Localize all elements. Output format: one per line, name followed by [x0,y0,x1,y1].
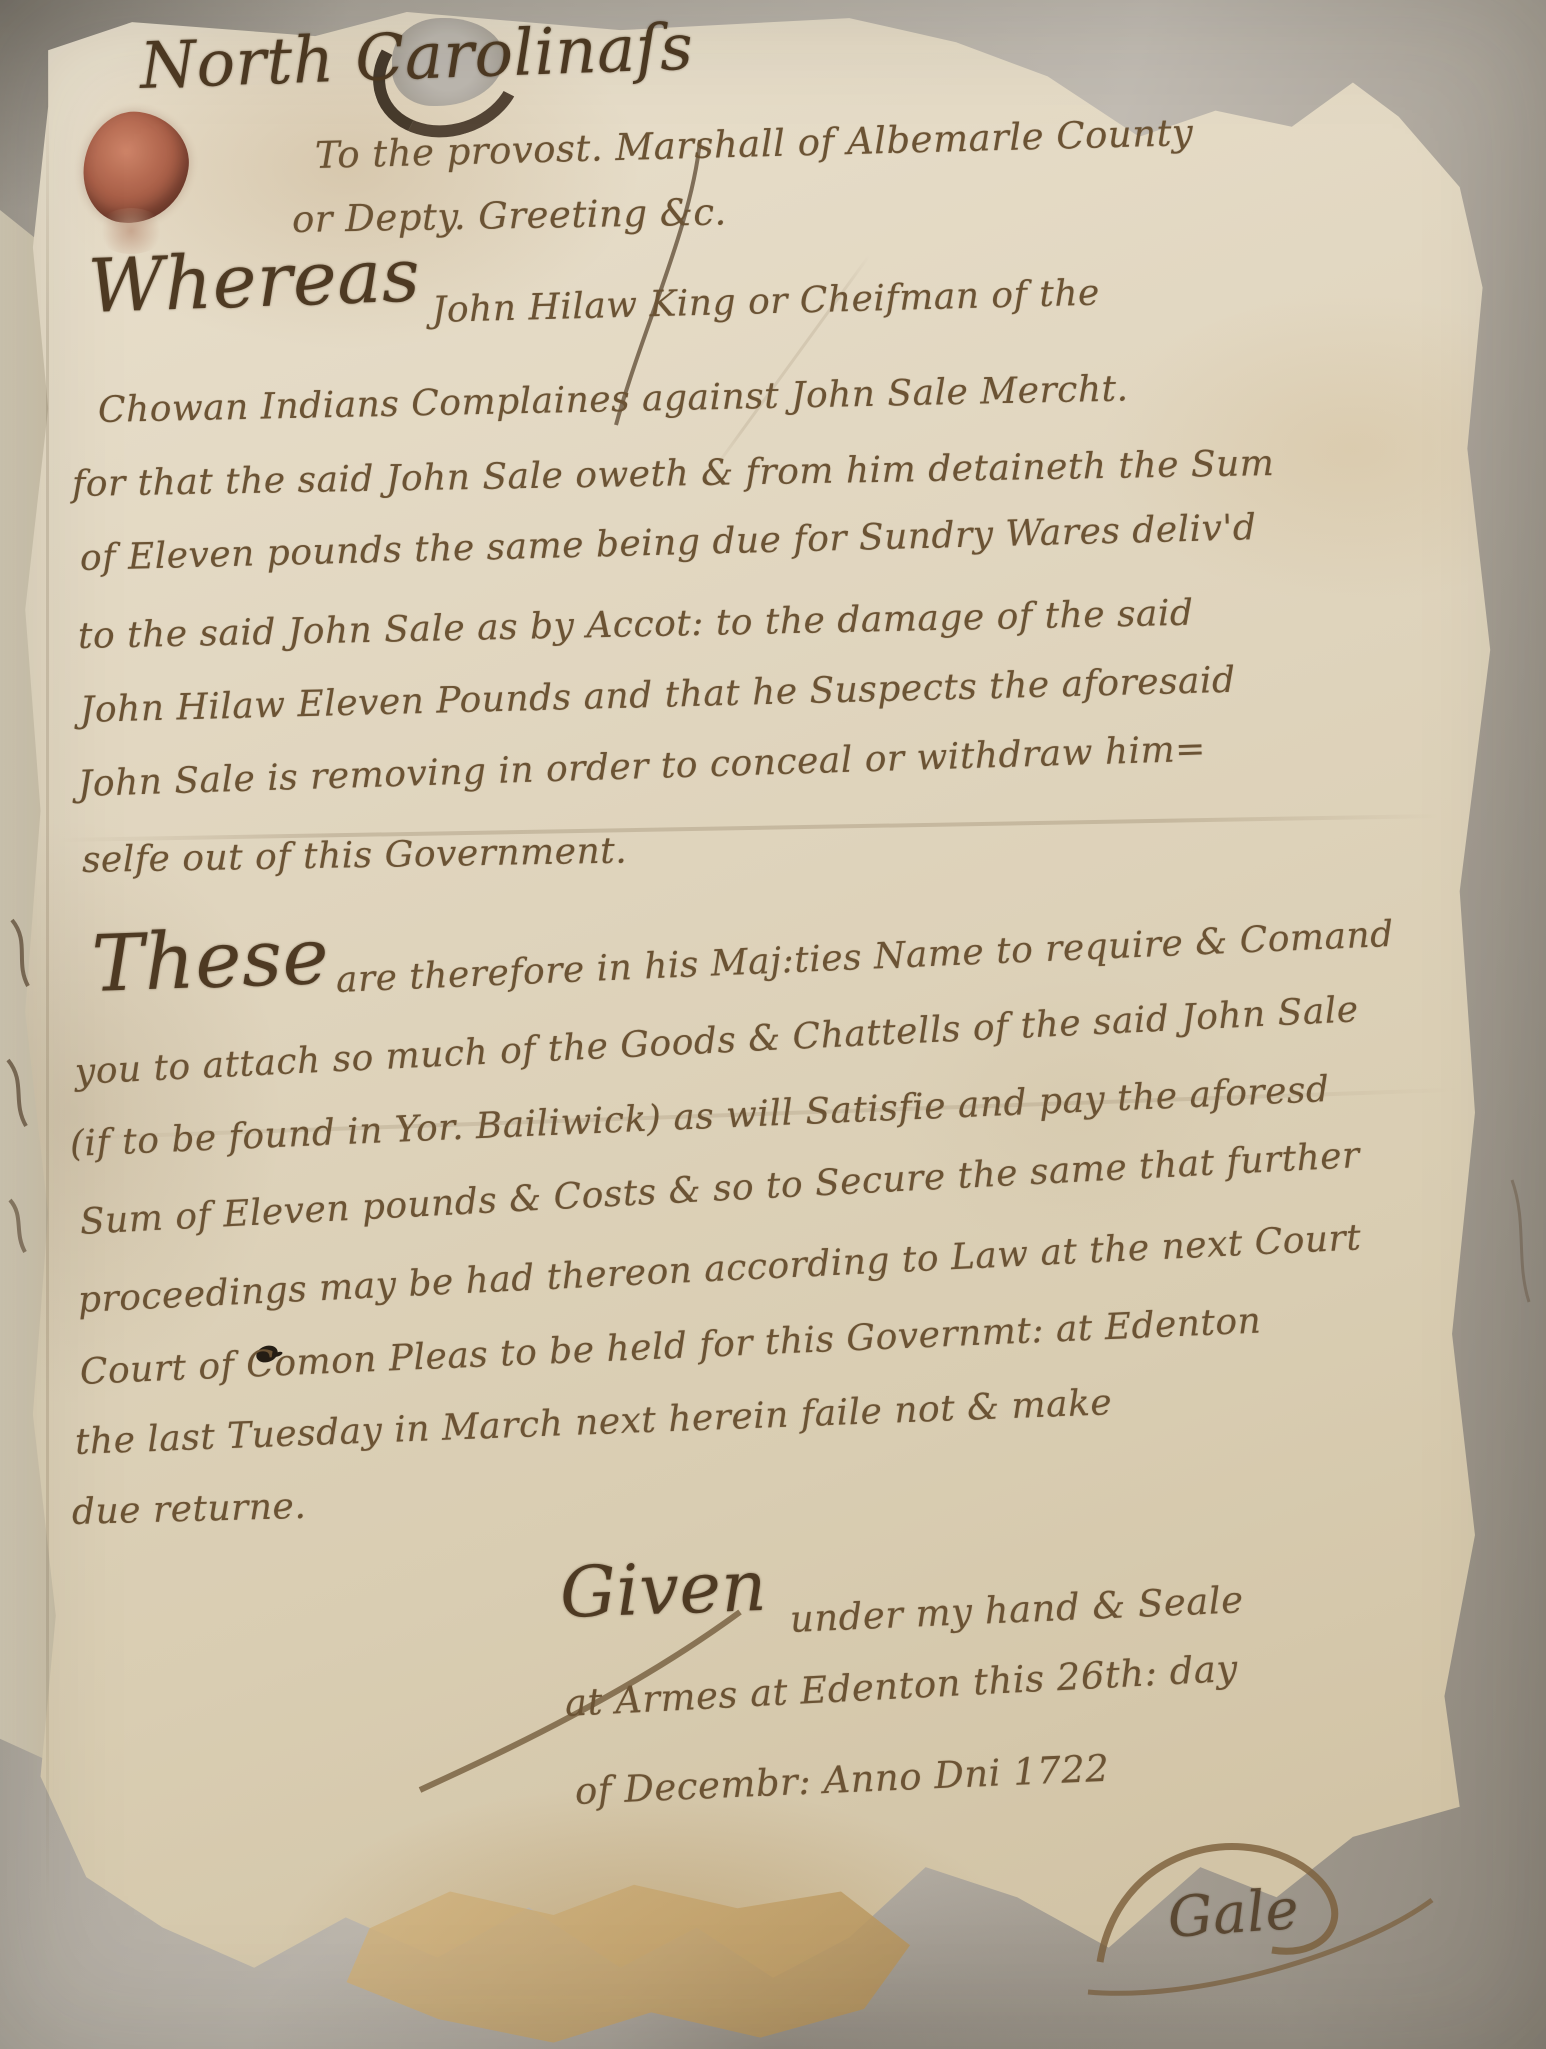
paragraph-initial-word: These [90,912,330,1010]
paragraph-initial-word: Whereas [86,232,421,330]
closing-initial-word: Given [559,1545,769,1634]
salutation-line: or Depty. Greeting &c. [292,190,727,241]
document-photo: North Carolinaſs To the provost. Marshal… [0,0,1546,2049]
signature: Gale [1166,1877,1301,1951]
body-line: due returne. [71,1486,306,1533]
